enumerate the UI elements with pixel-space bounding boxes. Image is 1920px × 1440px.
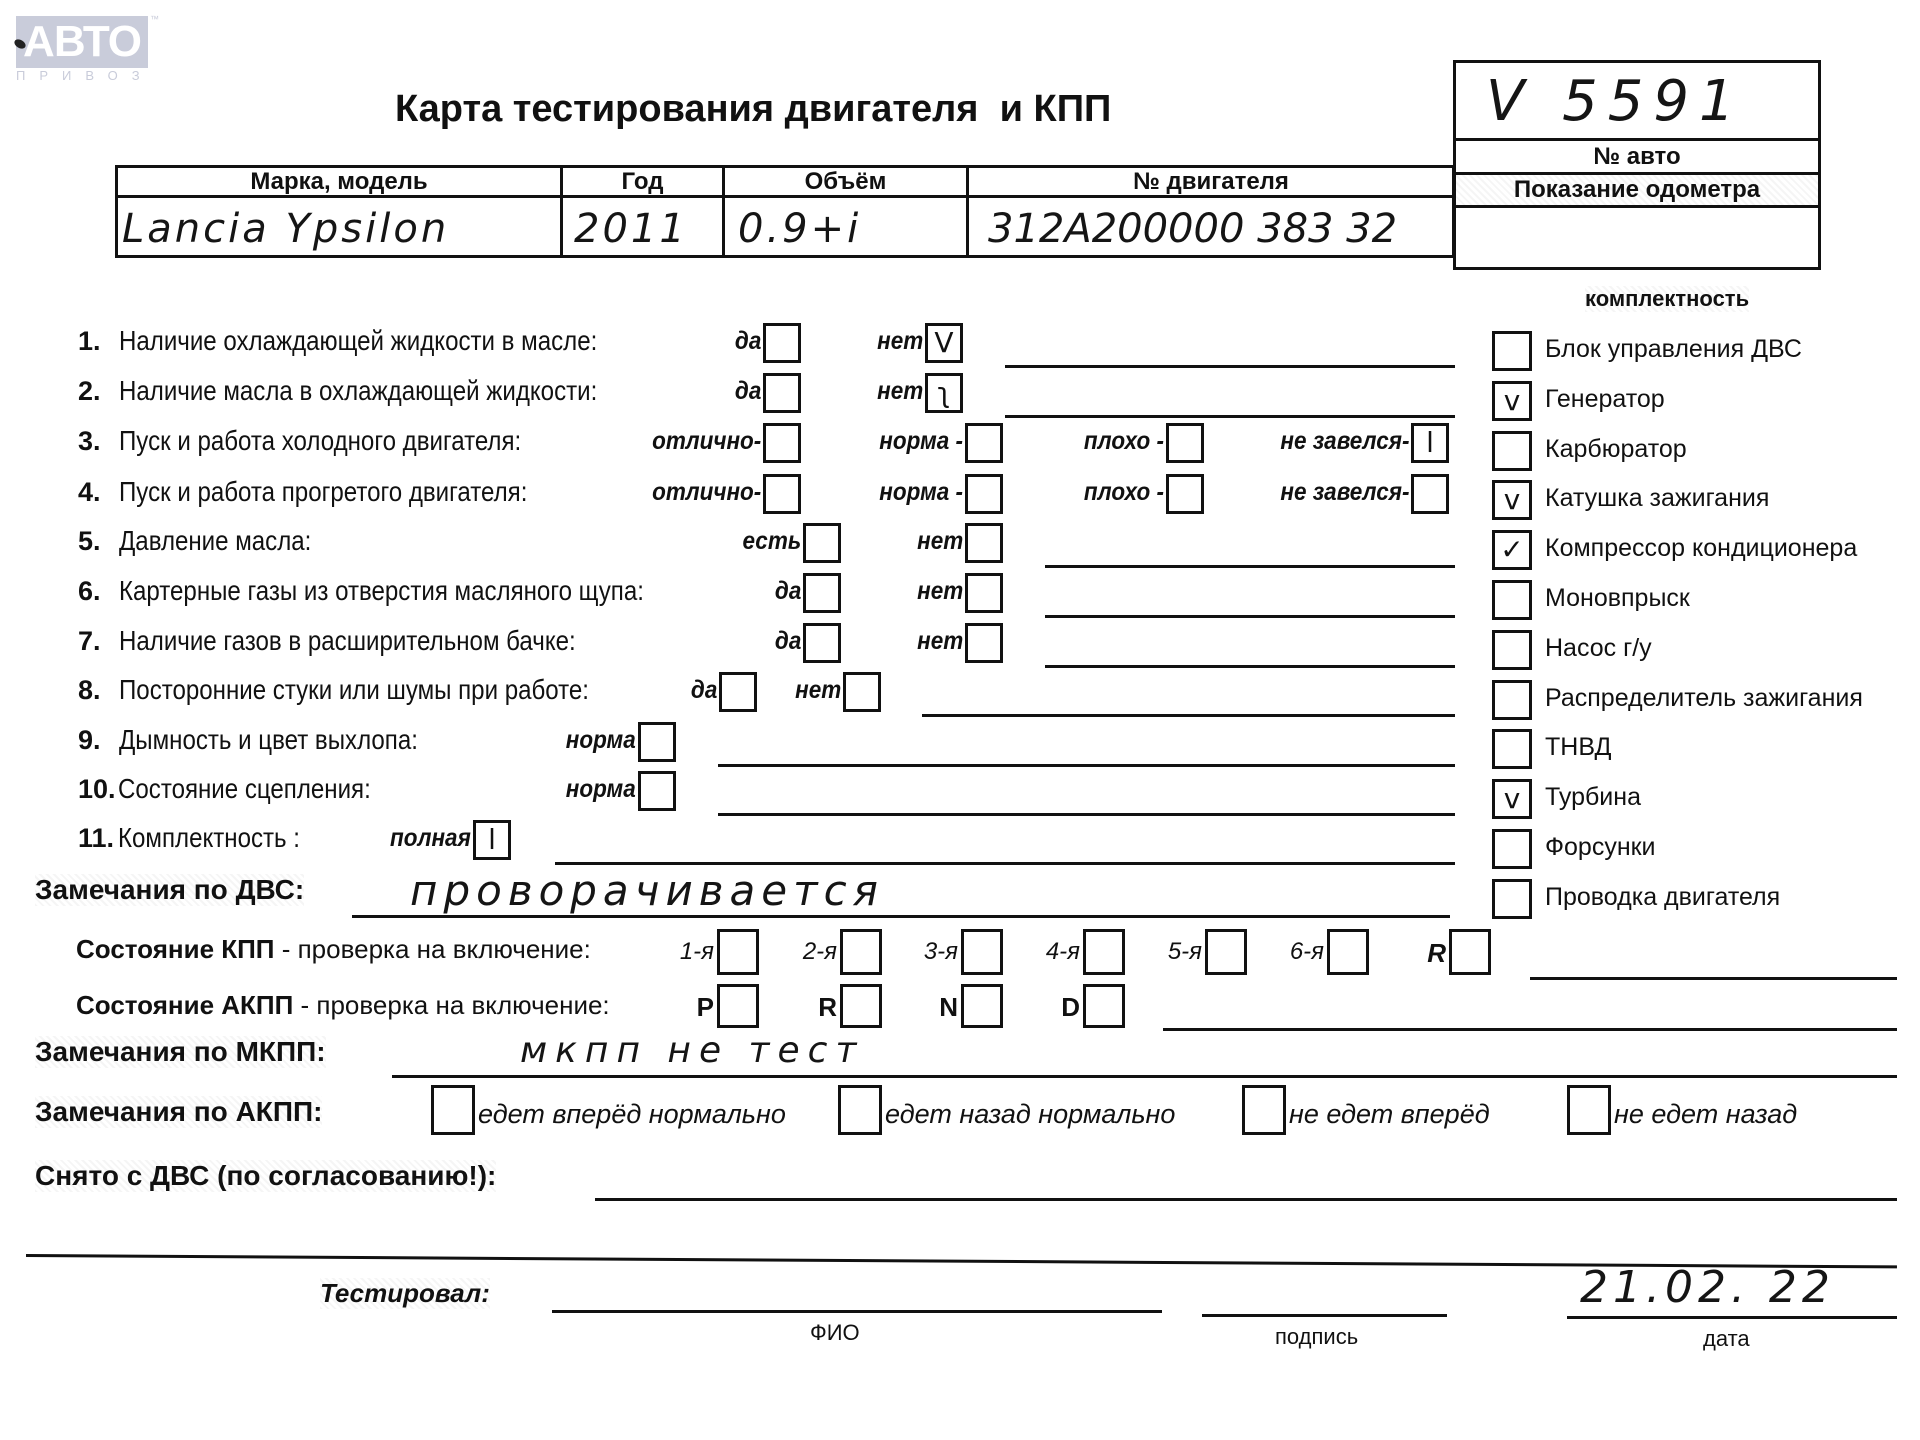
completeness-checkbox[interactable] — [1492, 630, 1532, 670]
akpp-position-checkbox[interactable] — [840, 984, 882, 1028]
completeness-checkbox[interactable] — [1492, 680, 1532, 720]
kpp-check-label-bold: Состояние КПП — [76, 934, 275, 964]
page-title: Карта тестирования двигателя и КПП — [395, 88, 1111, 131]
completeness-checkbox[interactable] — [1492, 580, 1532, 620]
checkbox[interactable] — [719, 672, 757, 712]
completeness-item-label: Компрессор кондиционера — [1545, 534, 1857, 563]
date-field[interactable]: 21.02. 22 — [1580, 1262, 1835, 1313]
kpp-check-line — [1530, 977, 1897, 980]
answer-note-line — [1005, 415, 1455, 418]
vehicle-info-table: Марка, модель Год Объём № двигателя Lanc… — [115, 165, 1455, 258]
gear-label: 1-я — [680, 938, 714, 966]
completeness-item-label: Распределитель зажигания — [1545, 684, 1863, 713]
engine-remarks-field[interactable]: проворачивается — [410, 866, 884, 915]
checkbox[interactable] — [965, 423, 1003, 463]
question-text: Состояние сцепления: — [118, 773, 371, 805]
option-label: норма - — [879, 478, 963, 507]
akpp-position-label: D — [1061, 992, 1080, 1023]
gear-checkbox[interactable] — [1449, 929, 1491, 975]
option-label: отлично- — [652, 427, 761, 456]
checkbox[interactable] — [965, 623, 1003, 663]
checkbox-checked[interactable]: ⅼ — [1411, 423, 1449, 463]
akpp-position-checkbox[interactable] — [961, 984, 1003, 1028]
auto-number-box: V 5591 № авто Показание одометра — [1453, 60, 1821, 270]
mkpp-remarks-line — [392, 1075, 1897, 1078]
completeness-checkbox[interactable] — [1492, 729, 1532, 769]
checkbox[interactable] — [965, 573, 1003, 613]
gear-checkbox[interactable] — [961, 929, 1003, 975]
logo-trademark: ™ — [150, 14, 159, 24]
kpp-check-label: Состояние КПП - проверка на включение: — [76, 934, 591, 965]
checkbox[interactable] — [763, 373, 801, 413]
completeness-item-label: Карбюратор — [1545, 435, 1687, 464]
gear-label: 2-я — [803, 938, 837, 966]
checkbox[interactable] — [638, 722, 676, 762]
checkbox[interactable] — [965, 523, 1003, 563]
model-field[interactable]: Lancia Ypsilon — [122, 200, 449, 258]
gear-checkbox[interactable] — [717, 929, 759, 975]
question-number: 9. — [78, 725, 101, 756]
auto-number-label: № авто — [1456, 142, 1818, 172]
checkbox[interactable] — [763, 423, 801, 463]
checkbox[interactable] — [1166, 423, 1204, 463]
completeness-checkbox-checked[interactable]: v — [1492, 480, 1532, 520]
question-number: 5. — [78, 526, 101, 557]
akpp-remark-checkbox[interactable] — [431, 1085, 475, 1135]
question-number: 3. — [78, 426, 101, 457]
option-label: да — [775, 577, 801, 606]
akpp-remark-checkbox[interactable] — [1567, 1085, 1611, 1135]
akpp-remark-checkbox[interactable] — [838, 1085, 882, 1135]
option-label: полная — [390, 824, 471, 853]
akpp-remark-label: едет вперёд нормально — [478, 1099, 786, 1130]
question-number: 11. — [78, 823, 114, 854]
akpp-remarks-label: Замечания по АКПП: — [35, 1096, 322, 1128]
signature-label: подпись — [1275, 1324, 1358, 1350]
akpp-position-checkbox[interactable] — [1083, 984, 1125, 1028]
option-label: нет — [917, 577, 963, 606]
question-text: Дымность и цвет выхлопа: — [119, 724, 418, 756]
gear-label: 6-я — [1290, 938, 1324, 966]
akpp-remark-label: не едет вперёд — [1289, 1099, 1490, 1130]
option-label: нет — [877, 377, 923, 406]
engine-no-field[interactable]: 312A200000 383 32 — [988, 200, 1397, 258]
question-text: Комплектность : — [118, 822, 300, 854]
checkbox[interactable] — [763, 474, 801, 514]
header-volume: Объём — [725, 168, 966, 196]
gear-checkbox[interactable] — [1083, 929, 1125, 975]
option-label: нет — [795, 676, 841, 705]
header-model: Марка, модель — [118, 168, 560, 196]
gear-label: 4-я — [1046, 938, 1080, 966]
question-text: Пуск и работа холодного двигателя: — [119, 425, 521, 457]
completeness-checkbox[interactable] — [1492, 331, 1532, 371]
odometer-field[interactable] — [1456, 211, 1818, 261]
completeness-title: комплектность — [1585, 286, 1749, 312]
answer-note-line — [718, 813, 1455, 816]
completeness-checkbox[interactable] — [1492, 431, 1532, 471]
question-number: 7. — [78, 626, 101, 657]
completeness-item-label: Насос г/у — [1545, 634, 1652, 663]
question-number: 2. — [78, 376, 101, 407]
option-label: не завелся- — [1280, 427, 1409, 456]
question-text: Посторонние стуки или шумы при работе: — [119, 674, 589, 706]
checkbox-checked[interactable]: ⅼ — [473, 820, 511, 860]
akpp-position-checkbox[interactable] — [717, 984, 759, 1028]
akpp-check-label: Состояние АКПП - проверка на включение: — [76, 990, 610, 1021]
question-number: 8. — [78, 675, 101, 706]
checkbox[interactable] — [965, 474, 1003, 514]
completeness-item-label: Блок управления ДВС — [1545, 335, 1802, 364]
answer-note-line — [555, 862, 1455, 865]
completeness-item-label: Моновпрыск — [1545, 584, 1690, 613]
header-year: Год — [563, 168, 722, 196]
option-label: да — [735, 327, 761, 356]
kpp-check-label-rest: - проверка на включение: — [275, 934, 591, 964]
removed-from-engine-label: Снято с ДВС (по согласованию!): — [35, 1160, 496, 1192]
option-label: плохо - — [1084, 478, 1164, 507]
completeness-checkbox[interactable] — [1492, 829, 1532, 869]
mkpp-remarks-field[interactable]: мкпп не тест — [520, 1030, 864, 1071]
option-label: да — [735, 377, 761, 406]
tested-by-label: Тестировал: — [320, 1278, 490, 1309]
logo-subtitle: ПРИВОЗ — [16, 68, 154, 83]
gear-checkbox[interactable] — [1205, 929, 1247, 975]
completeness-item-label: Катушка зажигания — [1545, 484, 1769, 513]
checkbox-checked[interactable]: ʅ — [925, 373, 963, 413]
answer-note-line — [922, 714, 1455, 717]
question-number: 1. — [78, 326, 101, 357]
date-label: дата — [1703, 1326, 1750, 1352]
answer-note-line — [1045, 565, 1455, 568]
mkpp-remarks-label: Замечания по МКПП: — [35, 1036, 326, 1068]
auto-number-field[interactable]: V 5591 — [1486, 69, 1745, 134]
gear-label: R — [1427, 938, 1446, 969]
engine-remarks-line — [352, 915, 1450, 918]
option-label: нет — [917, 627, 963, 656]
question-text: Картерные газы из отверстия масляного щу… — [119, 575, 644, 607]
option-label: да — [691, 676, 717, 705]
completeness-item-label: Турбина — [1545, 783, 1641, 812]
akpp-position-label: N — [939, 992, 958, 1023]
option-label: норма — [566, 775, 636, 804]
volume-field[interactable]: 0.9+i — [738, 200, 861, 258]
odometer-label: Показание одометра — [1456, 175, 1818, 205]
gear-checkbox[interactable] — [1327, 929, 1369, 975]
akpp-remark-checkbox[interactable] — [1242, 1085, 1286, 1135]
answer-note-line — [1005, 365, 1455, 368]
option-label: плохо - — [1084, 427, 1164, 456]
year-field[interactable]: 2011 — [574, 200, 688, 258]
akpp-position-label: R — [818, 992, 837, 1023]
checkbox-checked[interactable]: V — [925, 323, 963, 363]
completeness-item-label: ТНВД — [1545, 733, 1611, 762]
option-label: есть — [742, 527, 801, 556]
header-engine-no: № двигателя — [969, 168, 1453, 196]
question-number: 6. — [78, 576, 101, 607]
fio-line — [552, 1310, 1162, 1313]
option-label: не завелся- — [1280, 478, 1409, 507]
avto-privoz-logo: АВТО — [16, 16, 148, 68]
gear-label: 5-я — [1168, 938, 1202, 966]
akpp-check-line — [1163, 1028, 1897, 1031]
completeness-item-label: Проводка двигателя — [1545, 883, 1780, 912]
engine-remarks-label: Замечания по ДВС: — [35, 874, 304, 906]
checkbox[interactable] — [803, 623, 841, 663]
removed-from-engine-line — [595, 1198, 1897, 1201]
option-label: нет — [917, 527, 963, 556]
divider — [1456, 138, 1818, 141]
option-label: нет — [877, 327, 923, 356]
completeness-checkbox-checked[interactable]: ✓ — [1492, 530, 1532, 570]
question-text: Пуск и работа прогретого двигателя: — [119, 476, 527, 508]
question-text: Наличие газов в расширительном бачке: — [119, 625, 576, 657]
question-text: Наличие масла в охлаждающей жидкости: — [119, 375, 597, 407]
signature-line — [1202, 1314, 1447, 1317]
question-number: 10. — [78, 774, 116, 805]
checkbox[interactable] — [763, 323, 801, 363]
completeness-item-label: Генератор — [1545, 385, 1665, 414]
date-line — [1567, 1316, 1897, 1319]
option-label: отлично- — [652, 478, 761, 507]
answer-note-line — [1045, 615, 1455, 618]
question-text: Наличие охлаждающей жидкости в масле: — [119, 325, 597, 357]
checkbox[interactable] — [638, 771, 676, 811]
answer-note-line — [1045, 665, 1455, 668]
option-label: да — [775, 627, 801, 656]
checkbox[interactable] — [1166, 474, 1204, 514]
question-text: Давление масла: — [119, 525, 311, 557]
completeness-item-label: Форсунки — [1545, 833, 1656, 862]
checkbox[interactable] — [803, 523, 841, 563]
akpp-position-label: P — [697, 992, 714, 1023]
checkbox[interactable] — [843, 672, 881, 712]
akpp-check-label-bold: Состояние АКПП — [76, 990, 293, 1020]
akpp-remark-label: не едет назад — [1614, 1099, 1797, 1130]
answer-note-line — [718, 764, 1455, 767]
fio-label: ФИО — [810, 1320, 860, 1346]
checkbox[interactable] — [803, 573, 841, 613]
gear-checkbox[interactable] — [840, 929, 882, 975]
checkbox[interactable] — [1411, 474, 1449, 514]
completeness-checkbox[interactable] — [1492, 879, 1532, 919]
option-label: норма - — [879, 427, 963, 456]
option-label: норма — [566, 726, 636, 755]
divider — [1456, 205, 1818, 208]
question-number: 4. — [78, 477, 101, 508]
completeness-checkbox-checked[interactable]: v — [1492, 381, 1532, 421]
akpp-check-label-rest: - проверка на включение: — [293, 990, 609, 1020]
akpp-remark-label: едет назад нормально — [885, 1099, 1175, 1130]
gear-label: 3-я — [924, 938, 958, 966]
completeness-checkbox-checked[interactable]: v — [1492, 779, 1532, 819]
